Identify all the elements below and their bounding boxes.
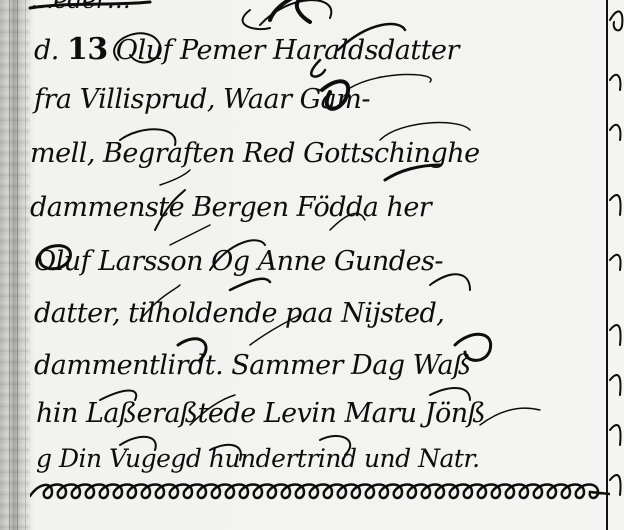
closing-flourish-rule — [30, 478, 610, 504]
entry-line-9: g Din Vugegd hundertrind und Natr. — [36, 444, 480, 473]
margin-scrawl — [608, 0, 624, 530]
date-prefix: d. — [34, 35, 59, 66]
binding-edge-line — [9, 0, 10, 530]
entry-line-7: dammentlirdt. Sammer Dag Waß — [34, 350, 471, 381]
entry-header-line: d. 13 Oluf Pemer Haraldsdatter — [34, 32, 459, 67]
entry-line-1: Oluf Pemer Haraldsdatter — [116, 35, 459, 66]
document-page: …eder… d. 13 Oluf Pemer Haraldsdatter fr… — [0, 0, 624, 530]
entry-line-6: datter, tilholdende paa Nijsted, — [34, 298, 444, 329]
entry-line-5: Oluf Larsson Og Anne Gundes- — [34, 246, 443, 277]
entry-line-8: hin Laßeraßtede Levin Maru Jönß — [36, 398, 485, 429]
top-fragment-line: …eder… — [30, 0, 130, 14]
entry-line-3: mell, Begraften Red Gottschinghe — [30, 138, 480, 169]
binding-edge-line — [17, 0, 18, 530]
entry-line-2: fra Villisprud, Waar Gam- — [34, 84, 370, 115]
binding-edge-line — [25, 0, 26, 530]
entry-number: 13 — [67, 32, 108, 67]
entry-line-4: dammenste Bergen Födda her — [30, 192, 431, 223]
